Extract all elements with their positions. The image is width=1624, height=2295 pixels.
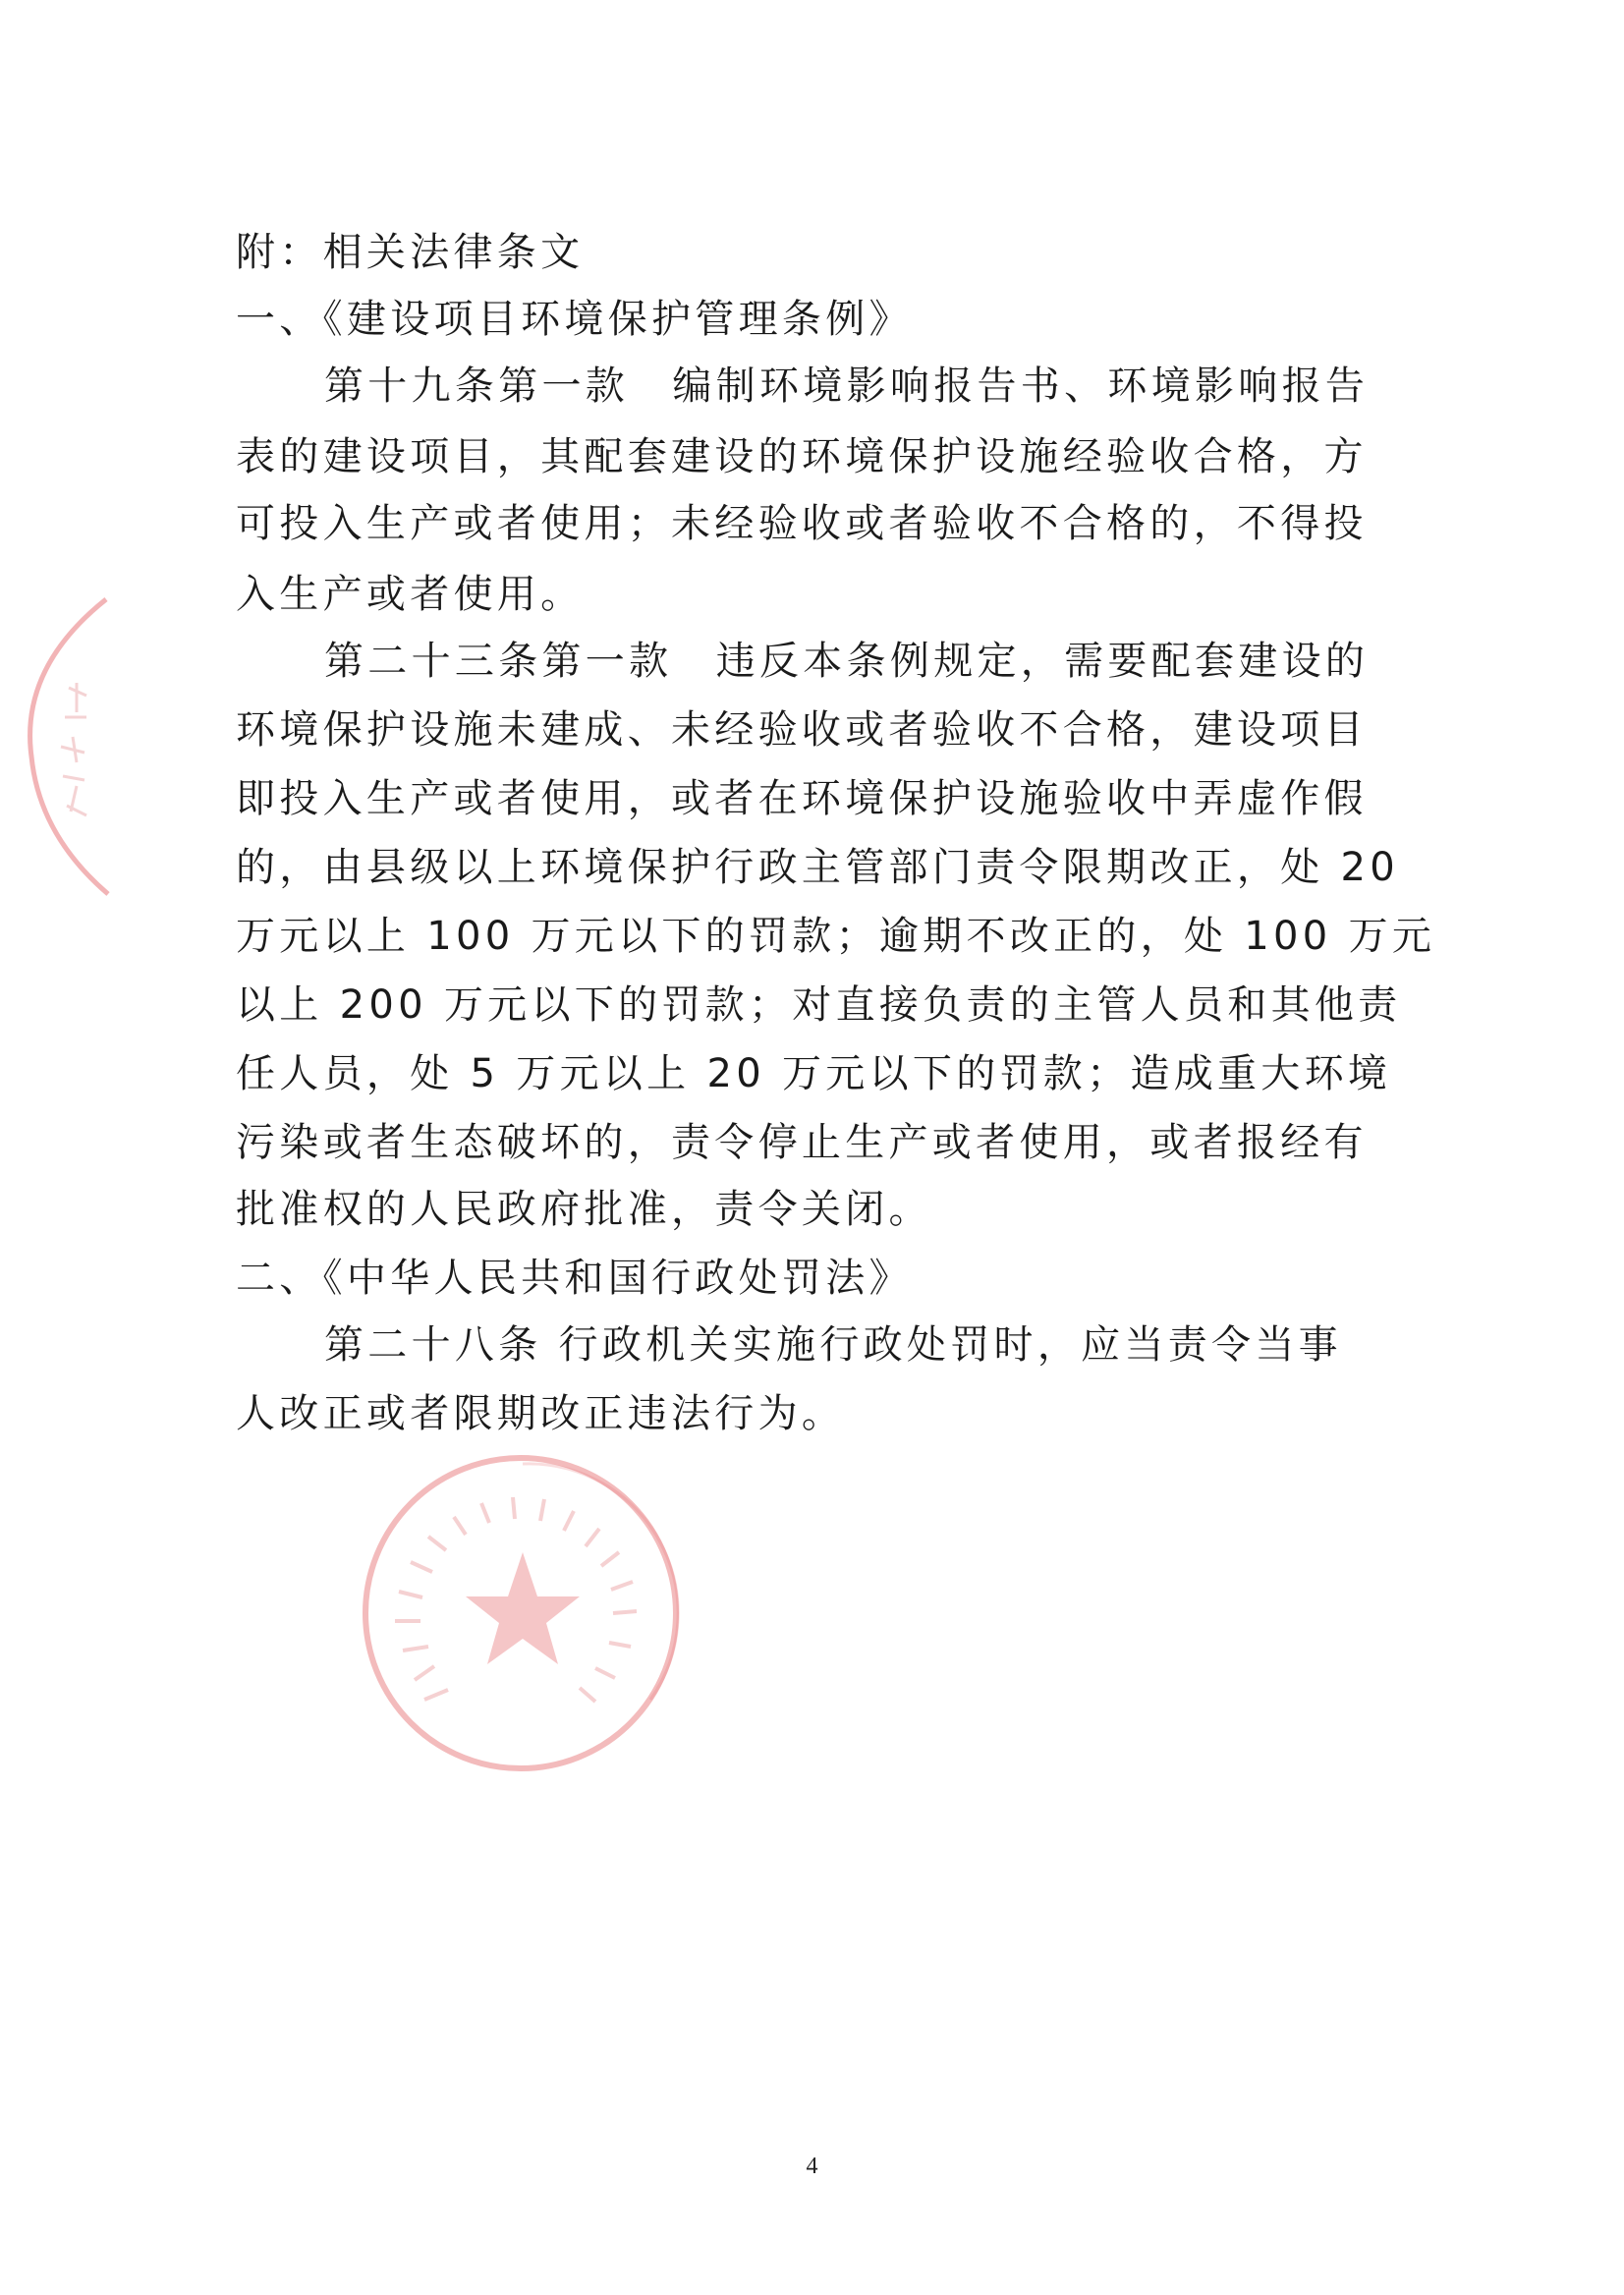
article-line: 环境保护设施未建成、未经验收或者验收不合格，建设项目 xyxy=(236,702,1375,757)
article-line: 第二十八条 行政机关实施行政处罚时，应当责令当事 xyxy=(324,1317,1464,1372)
article-line: 第十九条第一款 编制环境影响报告书、环境影响报告 xyxy=(324,359,1464,414)
edge-seal-stamp xyxy=(0,589,128,904)
article-line: 人改正或者限期改正违法行为。 xyxy=(236,1386,1375,1441)
page-number: 4 xyxy=(0,2154,1624,2180)
article-line: 批准权的人民政府批准，责令关闭。 xyxy=(236,1182,1375,1237)
article-line: 可投入生产或者使用；未经验收或者验收不合格的，不得投 xyxy=(236,496,1375,551)
article-line: 污染或者生态破坏的，责令停止生产或者使用，或者报经有 xyxy=(236,1115,1375,1170)
section-title-1: 一、《建设项目环境保护管理条例》 xyxy=(236,292,1375,347)
article-line: 即投入生产或者使用，或者在环境保护设施验收中弄虚作假 xyxy=(236,771,1375,826)
article-line: 表的建设项目，其配套建设的环境保护设施经验收合格，方 xyxy=(236,429,1375,484)
article-line: 万元以上 100 万元以下的罚款；逾期不改正的，处 100 万元 xyxy=(236,909,1375,964)
article-line: 任人员，处 5 万元以上 20 万元以下的罚款；造成重大环境 xyxy=(236,1046,1375,1101)
article-line: 第二十三条第一款 违反本条例规定，需要配套建设的 xyxy=(324,634,1464,689)
official-seal-stamp xyxy=(356,1454,690,1788)
article-line: 以上 200 万元以下的罚款；对直接负责的主管人员和其他责 xyxy=(236,978,1375,1033)
section-title-2: 二、《中华人民共和国行政处罚法》 xyxy=(236,1251,1375,1306)
document-page: 附：相关法律条文 一、《建设项目环境保护管理条例》 第十九条第一款 编制环境影响… xyxy=(0,0,1624,2295)
article-line: 入生产或者使用。 xyxy=(236,567,1375,622)
attachment-heading: 附：相关法律条文 xyxy=(236,225,1375,280)
article-line: 的，由县级以上环境保护行政主管部门责令限期改正，处 20 xyxy=(236,840,1375,895)
